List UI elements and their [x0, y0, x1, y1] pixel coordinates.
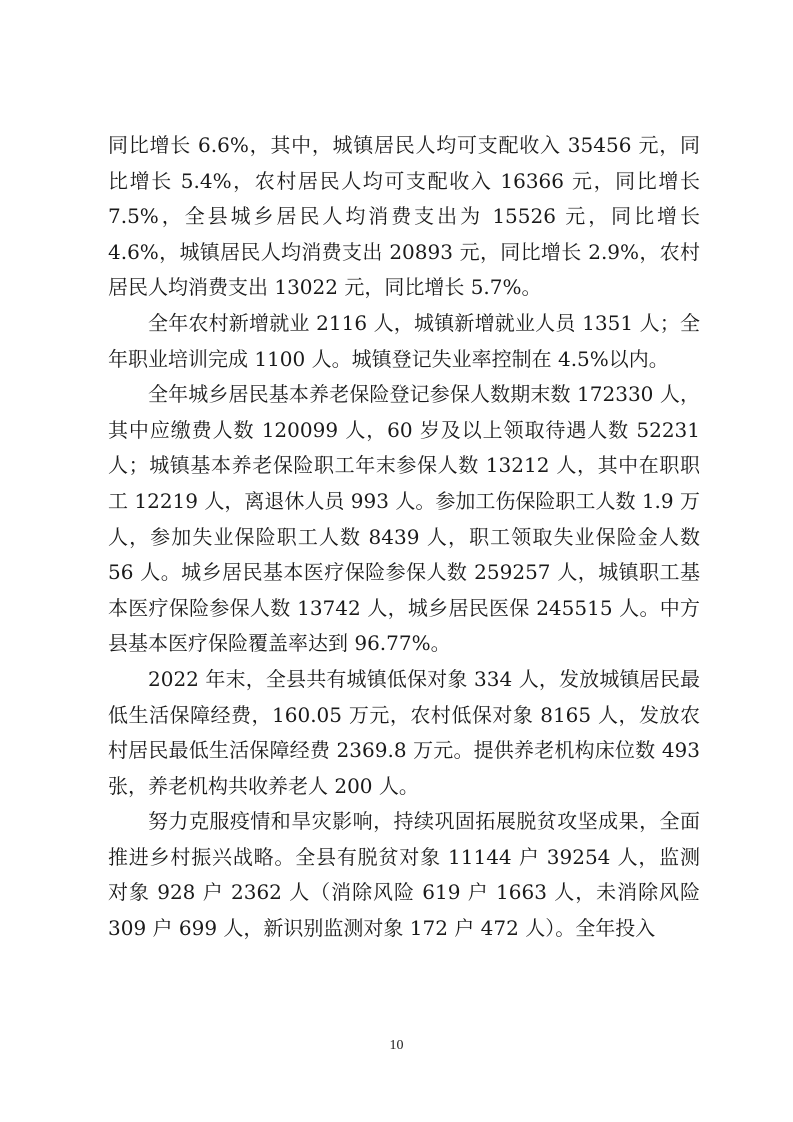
document-body: 同比增长 6.6%，其中，城镇居民人均可支配收入 35456 元，同比增长 5.… — [108, 128, 700, 947]
page-number: 10 — [0, 1038, 793, 1054]
paragraph-social-insurance: 全年城乡居民基本养老保险登记参保人数期末数 172330 人，其中应缴费人数 1… — [108, 377, 700, 662]
paragraph-poverty-alleviation: 努力克服疫情和旱灾影响，持续巩固拓展脱贫攻坚成果，全面推进乡村振兴战略。全县有脱… — [108, 804, 700, 946]
paragraph-income: 同比增长 6.6%，其中，城镇居民人均可支配收入 35456 元，同比增长 5.… — [108, 128, 700, 306]
paragraph-employment: 全年农村新增就业 2116 人，城镇新增就业人员 1351 人；全年职业培训完成… — [108, 306, 700, 377]
paragraph-minimum-living-security: 2022 年末，全县共有城镇低保对象 334 人，发放城镇居民最低生活保障经费，… — [108, 662, 700, 804]
